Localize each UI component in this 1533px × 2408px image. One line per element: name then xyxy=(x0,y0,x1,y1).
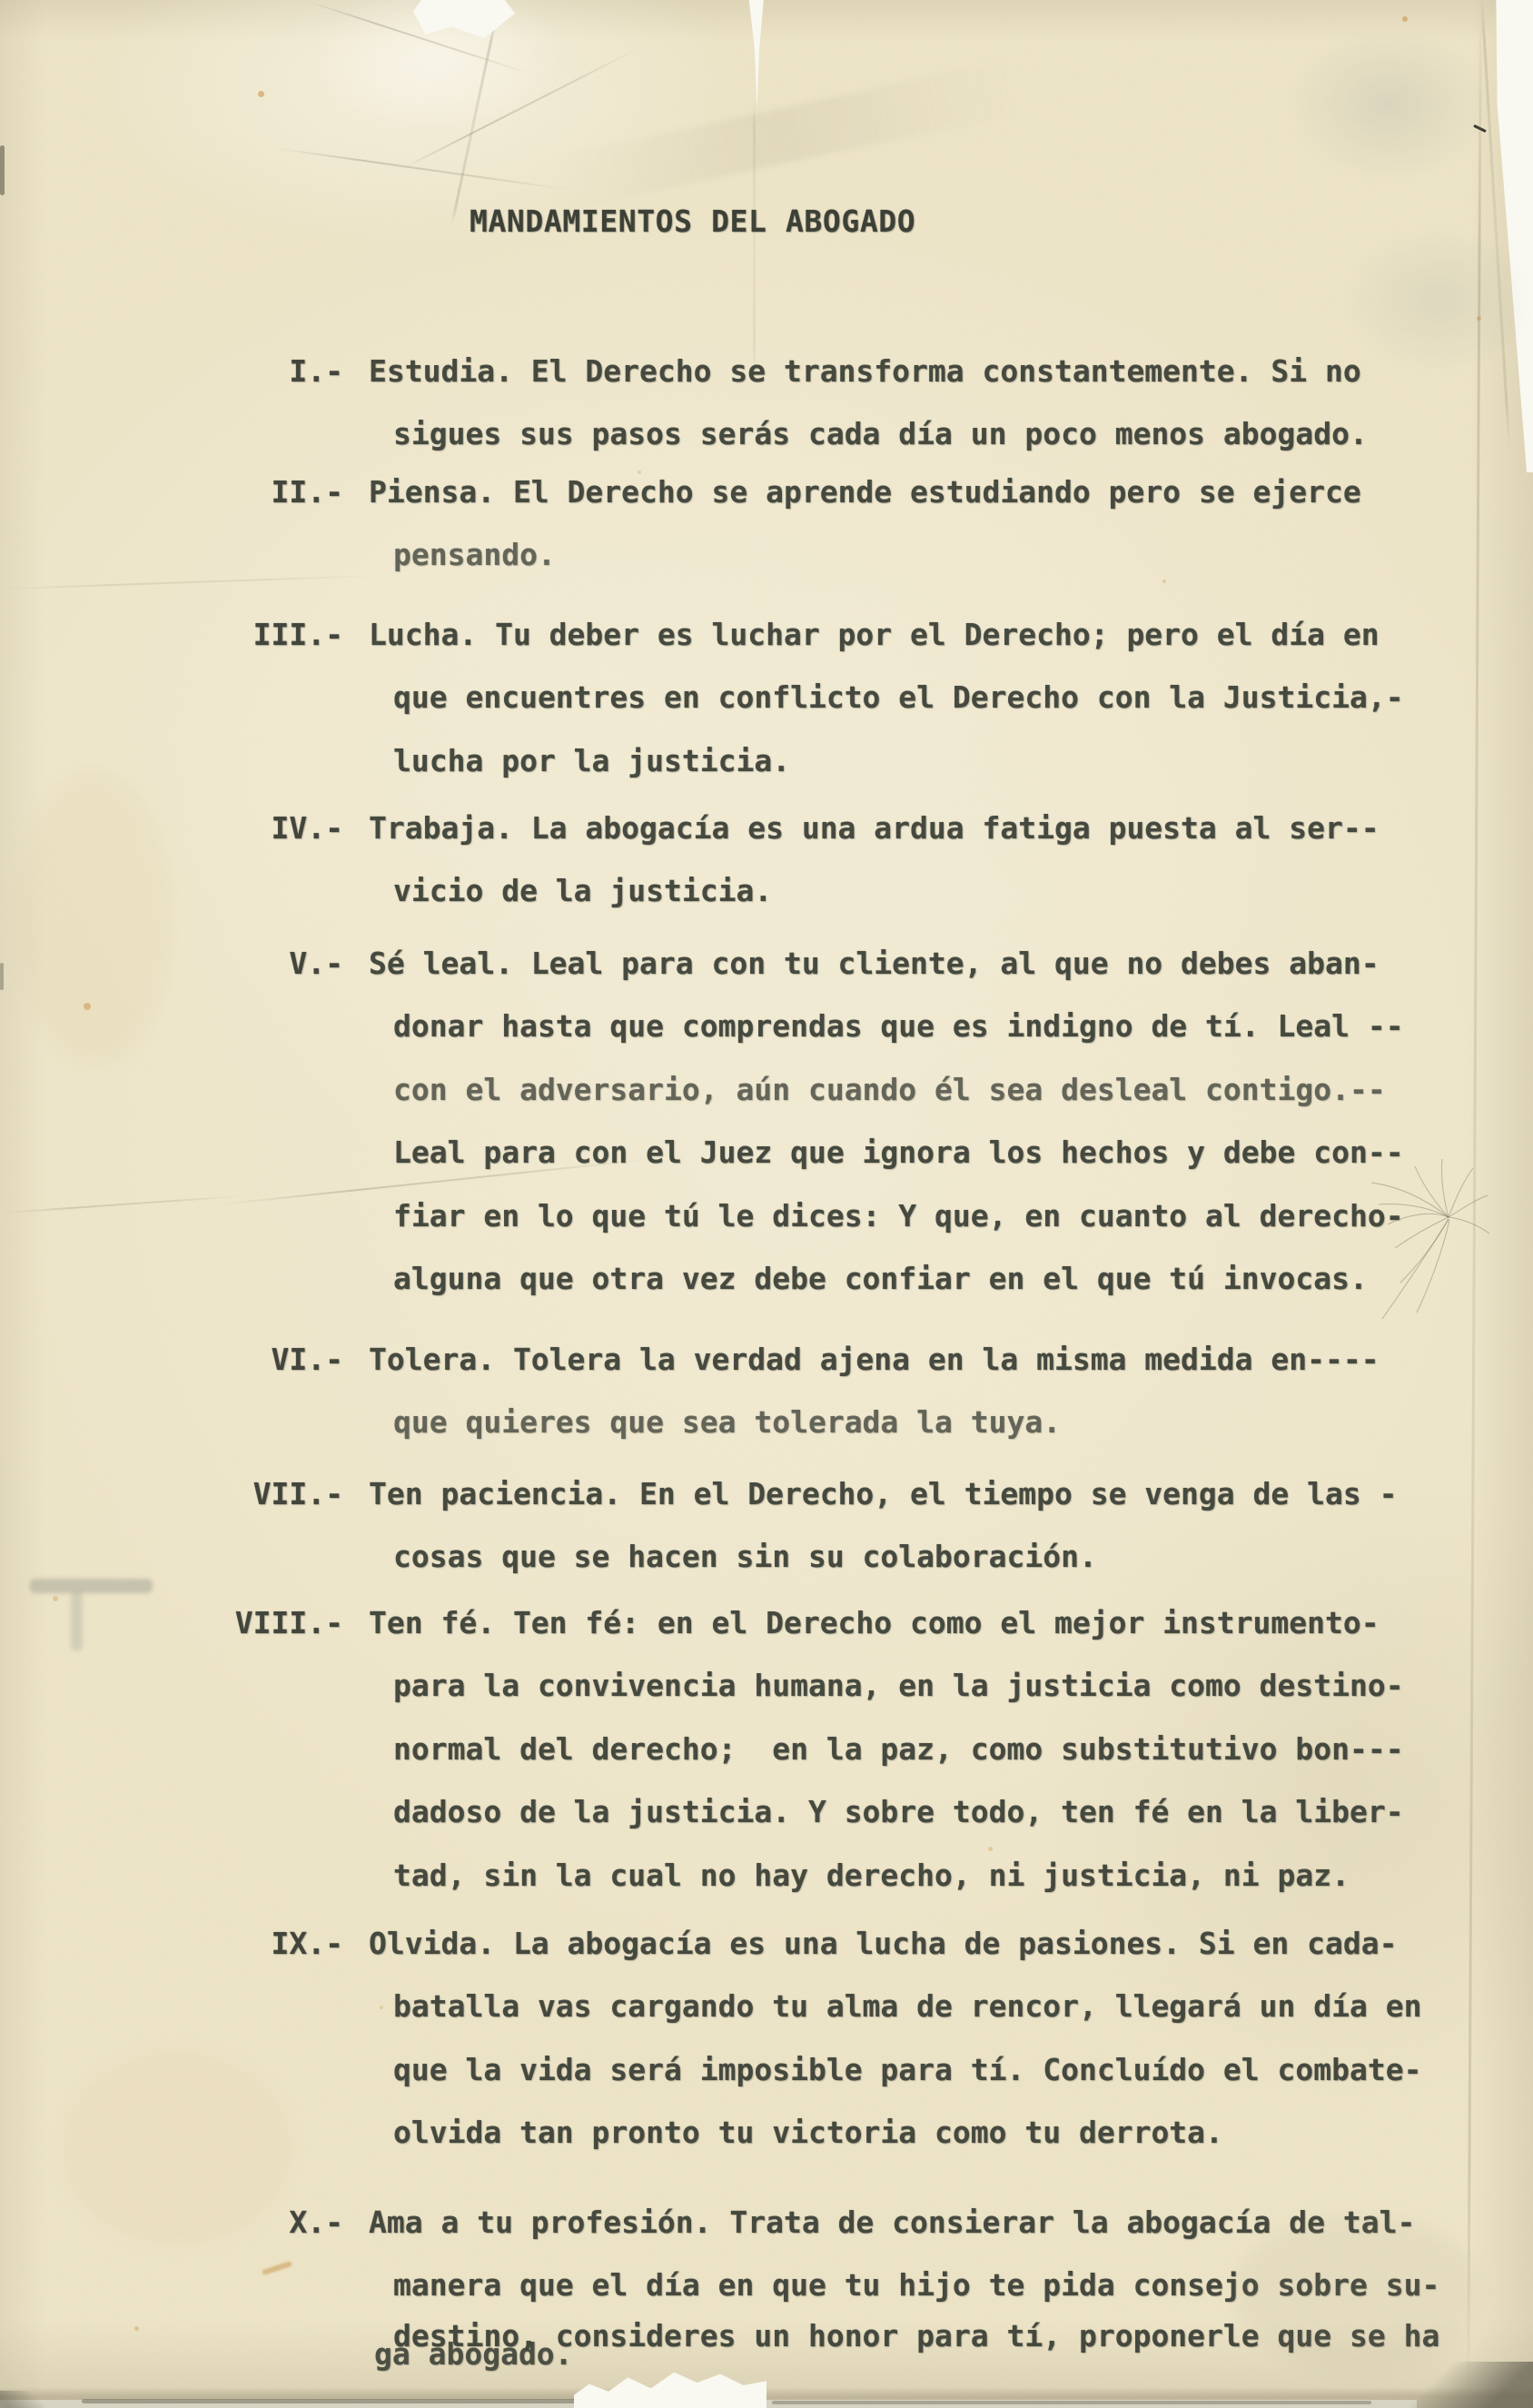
text-line: Olvida. La abogacía es una lucha de pasi… xyxy=(369,1912,1421,1975)
item-body: Ten fé. Ten fé: en el Derecho como el me… xyxy=(369,1591,1404,1907)
paper-tear xyxy=(574,2364,766,2408)
text-line: dadoso de la justicia. Y sobre todo, ten… xyxy=(369,1780,1404,1843)
paper-crease xyxy=(1467,0,1482,2408)
gray-smudge xyxy=(1344,227,1533,372)
paper-crease xyxy=(396,47,639,173)
bottom-edge-dark-line xyxy=(82,2399,590,2403)
item-numeral: VI.- xyxy=(0,1328,343,1454)
text-line: alguna que otra vez debe confiar en el q… xyxy=(369,1247,1404,1310)
text-line: Ten fé. Ten fé: en el Derecho como el me… xyxy=(369,1591,1404,1654)
text-line: Tolera. Tolera la verdad ajena en la mis… xyxy=(369,1328,1380,1391)
text-line: Leal para con el Juez que ignora los hec… xyxy=(369,1121,1404,1184)
item-body: Estudia. El Derecho se transforma consta… xyxy=(369,340,1368,466)
text-line: Trabaja. La abogacía es una ardua fatiga… xyxy=(369,797,1380,859)
text-line: con el adversario, aún cuando él sea des… xyxy=(369,1058,1404,1121)
item-body: Sé leal. Leal para con tu cliente, al qu… xyxy=(369,932,1404,1310)
commandment-item: VIII.- Ten fé. Ten fé: en el Derecho com… xyxy=(0,1591,1404,1907)
item-body: Piensa. El Derecho se aprende estudiando… xyxy=(369,461,1361,587)
text-line: Sé leal. Leal para con tu cliente, al qu… xyxy=(369,932,1404,995)
text-line: Ten paciencia. En el Derecho, el tiempo … xyxy=(369,1462,1397,1525)
text-line: Estudia. El Derecho se transforma consta… xyxy=(369,340,1368,402)
overlapping-text-line: ga abogado. xyxy=(374,2323,573,2385)
foxing-spot xyxy=(1477,316,1481,321)
text-line: vicio de la justicia. xyxy=(369,859,1380,922)
item-numeral: II.- xyxy=(0,461,343,587)
text-line: lucha por la justicia. xyxy=(369,729,1404,792)
commandment-item: IV.- Trabaja. La abogacía es una ardua f… xyxy=(0,797,1380,923)
commandment-item: V.- Sé leal. Leal para con tu cliente, a… xyxy=(0,932,1404,1310)
commandment-item: I.- Estudia. El Derecho se transforma co… xyxy=(0,340,1368,466)
item-body: Tolera. Tolera la verdad ajena en la mis… xyxy=(369,1328,1380,1454)
document-title: MANDAMIENTOS DEL ABOGADO xyxy=(470,203,915,239)
item-numeral: X.- xyxy=(0,2191,343,2367)
item-numeral: I.- xyxy=(0,340,343,466)
bottom-corner-shadow xyxy=(0,2391,64,2408)
paper-tear xyxy=(745,0,768,109)
text-line: que la vida será imposible para tí. Conc… xyxy=(369,2038,1421,2101)
text-line: pensando. xyxy=(369,523,1361,586)
text-line: que quieres que sea tolerada la tuya. xyxy=(369,1391,1380,1453)
text-line: fiar en lo que tú le dices: Y que, en cu… xyxy=(369,1184,1404,1247)
text-line: cosas que se hacen sin su colaboración. xyxy=(369,1525,1397,1588)
commandment-item: IX.- Olvida. La abogacía es una lucha de… xyxy=(0,1912,1421,2165)
bottom-edge-backing xyxy=(0,2400,1417,2408)
paper-crease xyxy=(273,147,570,191)
text-line: Piensa. El Derecho se aprende estudiando… xyxy=(369,461,1361,523)
item-body: Lucha. Tu deber es luchar por el Derecho… xyxy=(369,603,1404,792)
item-numeral: VII.- xyxy=(0,1462,343,1589)
item-numeral: VIII.- xyxy=(0,1591,343,1907)
text-line: olvida tan pronto tu victoria como tu de… xyxy=(369,2101,1421,2164)
paper-crease xyxy=(305,0,530,74)
text-line: tad, sin la cual no hay derecho, ni just… xyxy=(369,1844,1404,1907)
item-numeral: IX.- xyxy=(0,1912,343,2165)
text-line: Ama a tu profesión. Trata de consierar l… xyxy=(369,2191,1439,2254)
ink-tick-mark xyxy=(1473,124,1487,133)
item-body: Ten paciencia. En el Derecho, el tiempo … xyxy=(369,1462,1397,1589)
item-body: Olvida. La abogacía es una lucha de pasi… xyxy=(369,1912,1421,2165)
bottom-edge-shadow xyxy=(0,2387,1533,2408)
text-line: normal del derecho; en la paz, como subs… xyxy=(369,1718,1404,1780)
text-line: batalla vas cargando tu alma de rencor, … xyxy=(369,1975,1421,2037)
foxing-spot xyxy=(258,91,264,97)
item-numeral: IV.- xyxy=(0,797,343,923)
paper-crumple-highlight xyxy=(300,0,608,218)
commandment-item: X.- Ama a tu profesión. Trata de consier… xyxy=(0,2191,1439,2367)
bottom-edge-dark-line xyxy=(772,2401,1371,2404)
typewritten-document-page: MANDAMIENTOS DEL ABOGADO I.- Estudia. El… xyxy=(0,0,1533,2408)
item-body: Ama a tu profesión. Trata de consierar l… xyxy=(369,2191,1439,2367)
gray-smudge xyxy=(1290,27,1489,182)
edge-mark xyxy=(0,145,5,195)
paper-crease xyxy=(450,20,497,225)
text-line: que encuentres en conflicto el Derecho c… xyxy=(369,666,1404,728)
paper-shadow-band xyxy=(544,61,1017,213)
bottom-corner-shadow xyxy=(1399,2362,1533,2408)
paper-tear xyxy=(413,0,515,38)
text-line: para la convivencia humana, en la justic… xyxy=(369,1654,1404,1717)
commandment-item: VI.- Tolera. Tolera la verdad ajena en l… xyxy=(0,1328,1380,1454)
item-body: Trabaja. La abogacía es una ardua fatiga… xyxy=(369,797,1380,923)
text-line: Lucha. Tu deber es luchar por el Derecho… xyxy=(369,603,1404,666)
text-line: sigues sus pasos serás cada día un poco … xyxy=(369,402,1368,465)
text-line: donar hasta que comprendas que es indign… xyxy=(369,995,1404,1057)
commandment-item: III.- Lucha. Tu deber es luchar por el D… xyxy=(0,603,1404,792)
commandment-item: VII.- Ten paciencia. En el Derecho, el t… xyxy=(0,1462,1397,1589)
commandment-item: II.- Piensa. El Derecho se aprende estud… xyxy=(0,461,1361,587)
foxing-spot xyxy=(1402,16,1408,22)
item-numeral: V.- xyxy=(0,932,343,1310)
item-numeral: III.- xyxy=(0,603,343,792)
paper-edge-shadow xyxy=(1480,0,1511,447)
paper-edge-backing xyxy=(1480,0,1533,472)
